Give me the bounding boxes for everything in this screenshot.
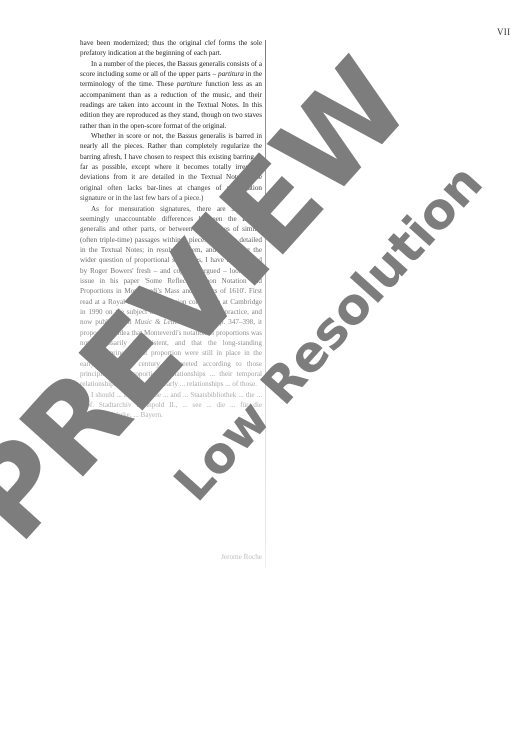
paragraph-mensuration: As for mensuration signatures, there are…: [80, 204, 262, 390]
paragraph-bassus-generalis: In a number of the pieces, the Bassus ge…: [80, 59, 262, 131]
journal-title: Music & Letters: [135, 318, 184, 326]
page-number: VII: [497, 27, 510, 37]
paragraph-acknowledgements: I should ... thanks ... the ... and ... …: [80, 390, 262, 421]
italic-term: partitura: [218, 70, 244, 78]
paragraph-barring: Whether in score or not, the Bassus gene…: [80, 131, 262, 203]
author-signature: Jerome Roche: [80, 553, 262, 561]
body-text-column: have been modernized; thus the original …: [80, 38, 262, 421]
column-rule: [265, 40, 266, 568]
paragraph-clefs: have been modernized; thus the original …: [80, 38, 262, 59]
italic-term: partiture: [177, 80, 202, 88]
